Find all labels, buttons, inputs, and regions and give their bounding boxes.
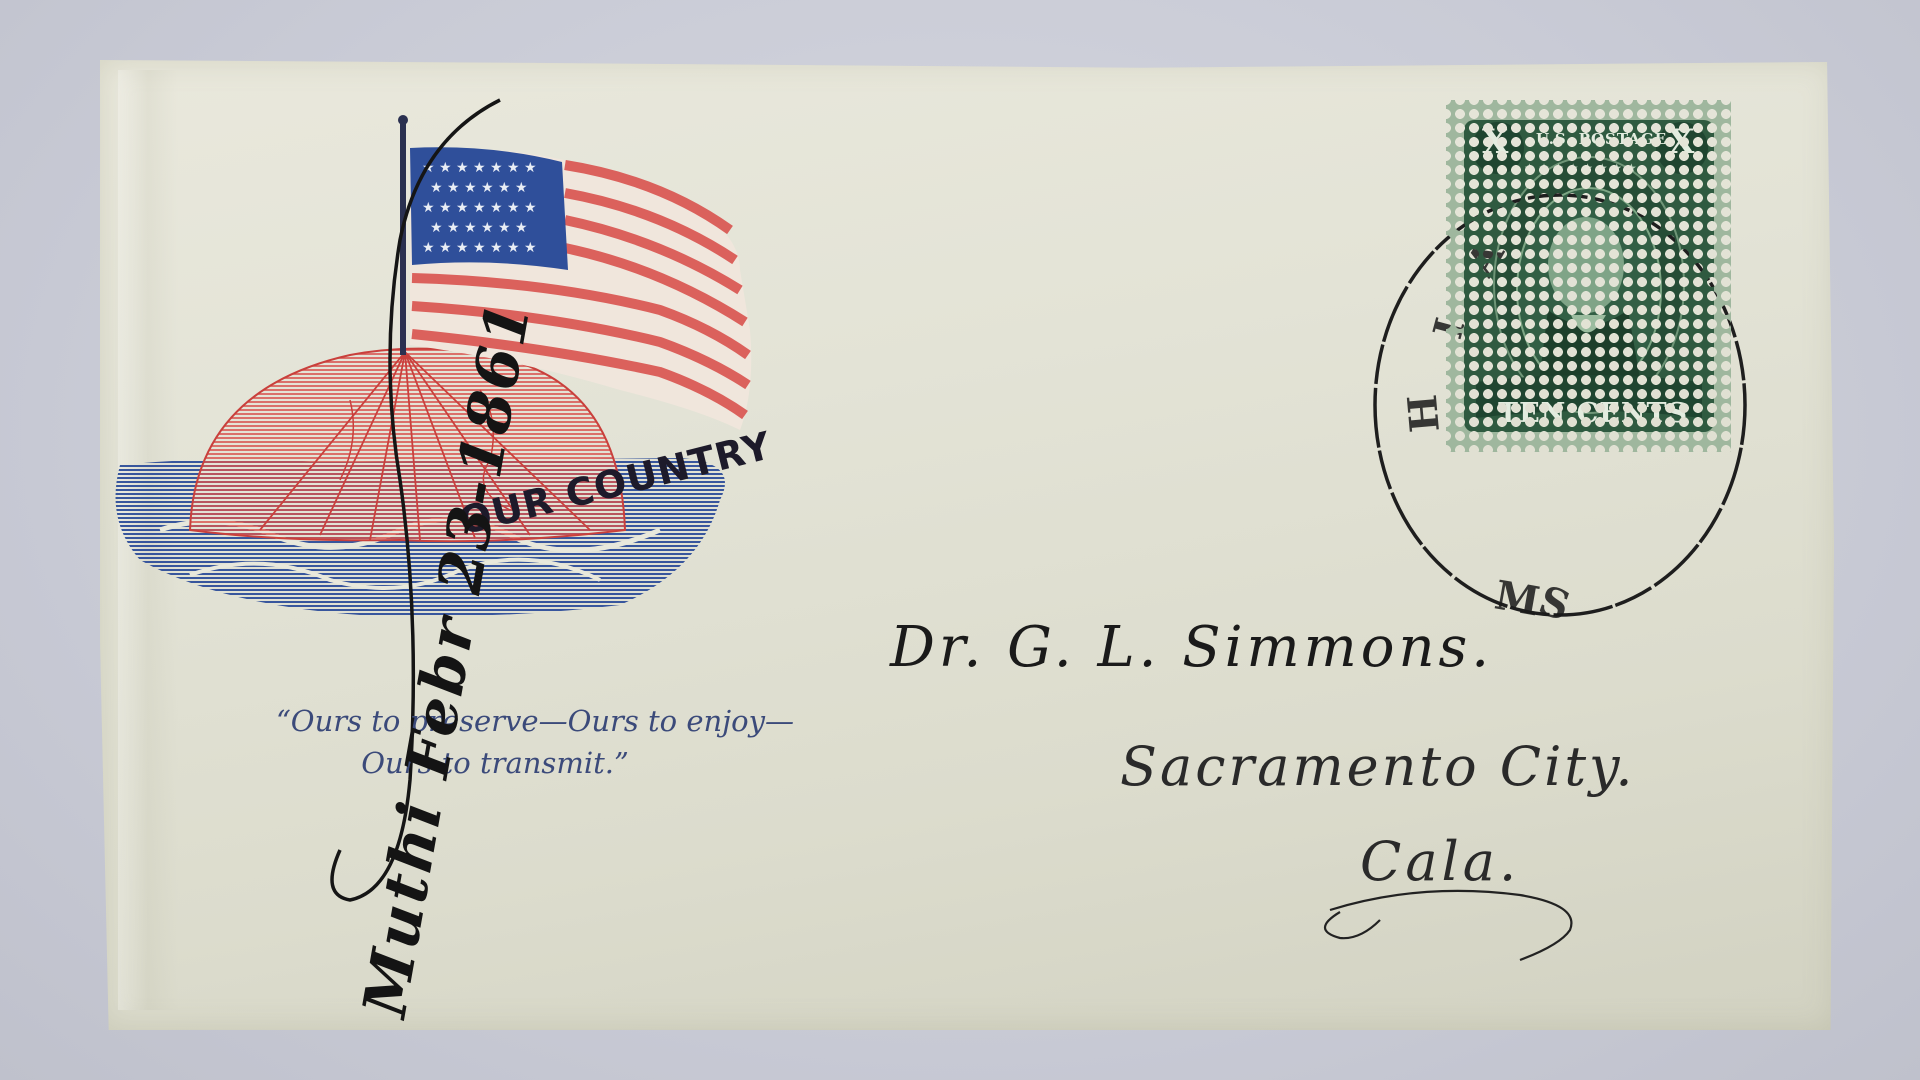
address-city: Sacramento City. [1120,735,1636,798]
svg-text:★ ★ ★ ★ ★ ★ ★: ★ ★ ★ ★ ★ ★ ★ [422,240,537,256]
stamp-value-label: TEN CENTS [1498,398,1688,429]
svg-text:★ ★ ★ ★ ★ ★ ★: ★ ★ ★ ★ ★ ★ ★ [422,200,537,216]
motto-line-1: “Ours to preserve—Ours to enjoy— [235,700,835,742]
stamp-corner-right: X [1668,122,1694,162]
postmark-letter: H [1399,393,1449,435]
postage-stamp: ★ ★ ★ ★ ★ ★ ★ ★ X U.S. POSTAGE X TEN CEN… [1446,100,1731,452]
address-name: Dr. G. L. Simmons. [890,615,1493,680]
stamp-top-label: U.S. POSTAGE [1536,130,1667,148]
svg-text:★ ★ ★ ★ ★ ★ ★: ★ ★ ★ ★ ★ ★ ★ [422,160,537,176]
stamp-corner-left: X [1482,122,1508,162]
address-state: Cala. [1360,830,1520,893]
motto: “Ours to preserve—Ours to enjoy— Ours to… [235,700,835,784]
svg-text:★ ★ ★ ★ ★ ★ ★ ★: ★ ★ ★ ★ ★ ★ ★ ★ [1524,161,1637,175]
motto-line-2: Ours to transmit.” [235,742,835,784]
svg-text:★ ★ ★ ★ ★ ★: ★ ★ ★ ★ ★ ★ [430,180,528,196]
svg-text:★ ★ ★ ★ ★ ★: ★ ★ ★ ★ ★ ★ [430,220,528,236]
address-flourish [1325,891,1571,960]
